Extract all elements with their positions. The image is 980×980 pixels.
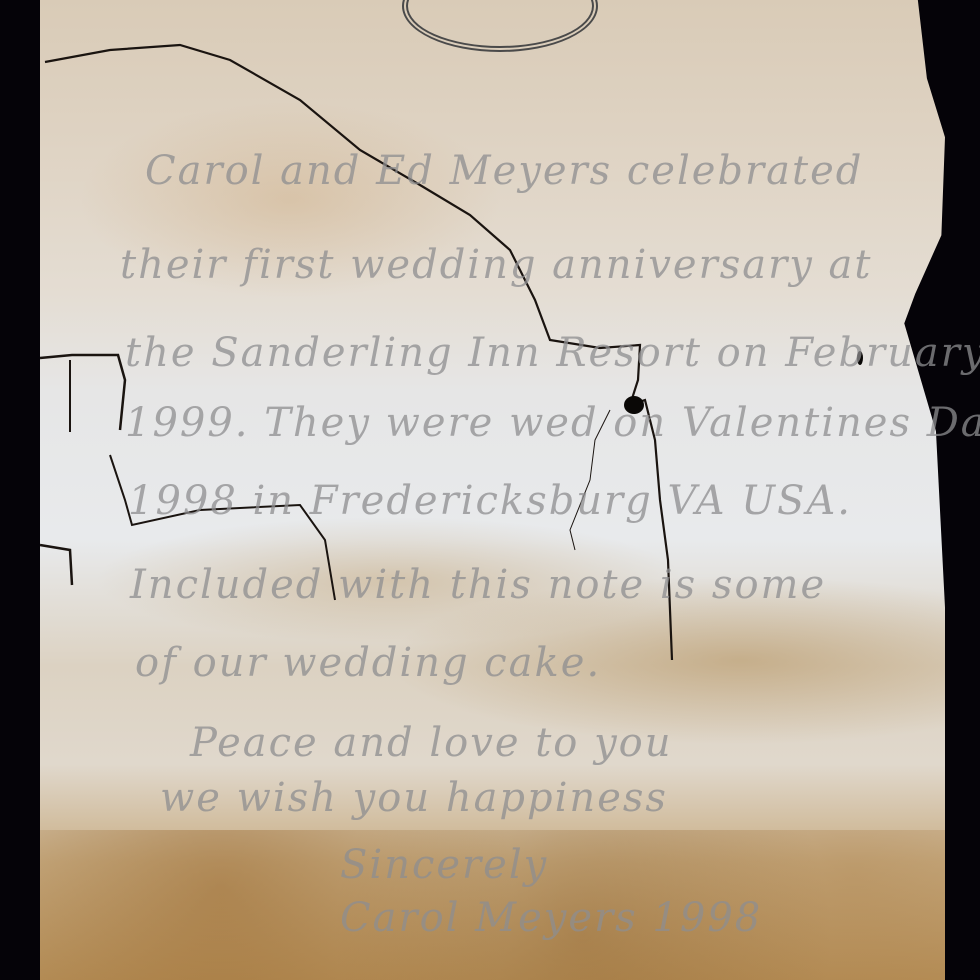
note-signature: Carol Meyers 1998 (340, 895, 762, 941)
note-line-5: 1998 in Fredericksburg VA USA. (128, 478, 852, 524)
note-line-8: Peace and love to you (190, 720, 673, 766)
note-line-3: the Sanderling Inn Resort on February (125, 330, 980, 376)
note-line-9: we wish you happiness (160, 775, 668, 821)
note-line-6: Included with this note is some (130, 562, 826, 608)
note-line-10: Sincerely (340, 842, 548, 888)
note-line-4: 1999. They were wed on Valentines Day (125, 400, 980, 446)
note-line-7: of our wedding cake. (135, 640, 601, 686)
note-line-2: their first wedding anniversary at (120, 242, 872, 288)
note-line-1: Carol and Ed Meyers celebrated (145, 148, 863, 194)
